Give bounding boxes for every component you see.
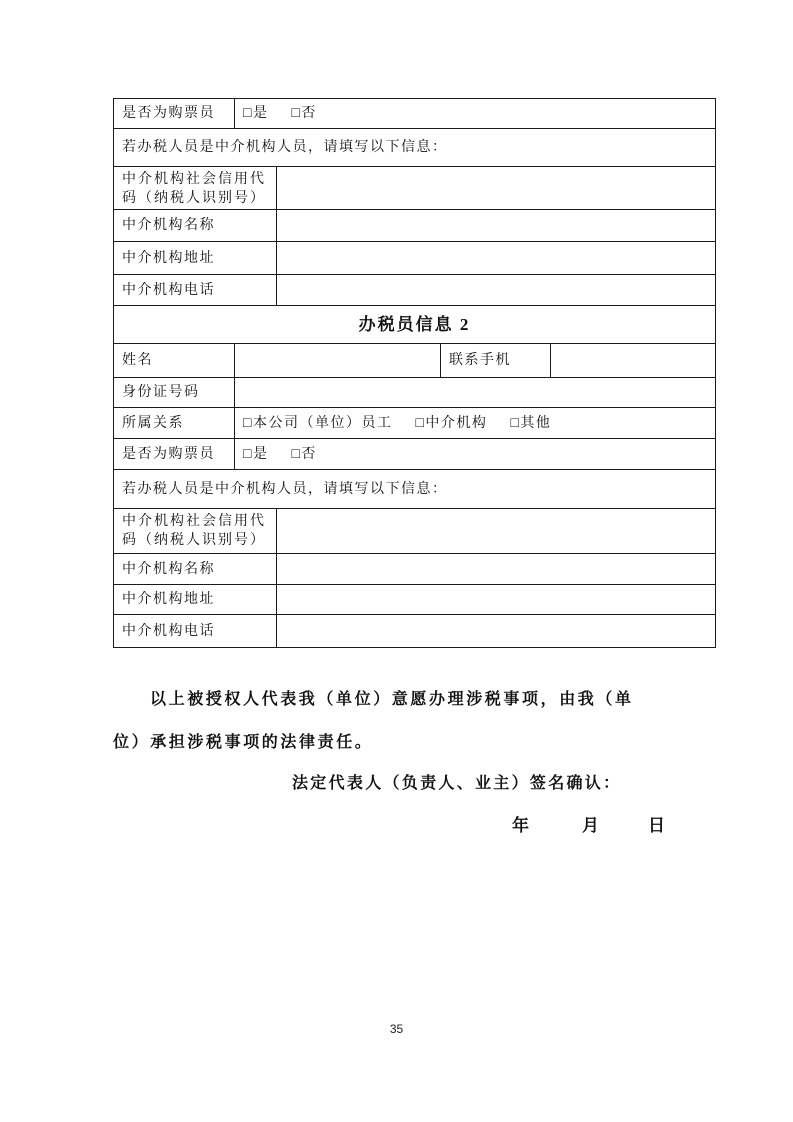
- field-org-name-1[interactable]: [277, 210, 715, 241]
- day-label: 日: [648, 816, 665, 835]
- table-row-intermediary-note-1: 若办税人员是中介机构人员，请填写以下信息：: [114, 129, 715, 167]
- table-row-section-title: 办税员信息 2: [114, 306, 715, 344]
- table-row-org-phone-1: 中介机构电话: [114, 275, 715, 306]
- label-org-address-1: 中介机构地址: [114, 242, 277, 274]
- section-title: 办税员信息 2: [114, 306, 715, 343]
- label-org-phone-2: 中介机构电话: [114, 615, 277, 647]
- ticket-purchaser-options-2: □是 □否: [235, 439, 715, 469]
- table-row-intermediary-note-2: 若办税人员是中介机构人员，请填写以下信息：: [114, 470, 715, 509]
- checkbox-yes[interactable]: □是: [243, 104, 268, 123]
- document-page: 是否为购票员 □是 □否 若办税人员是中介机构人员，请填写以下信息： 中介机构社…: [0, 0, 793, 1122]
- checkbox-yes[interactable]: □是: [243, 445, 268, 464]
- ticket-purchaser-options-1: □是 □否: [235, 99, 715, 128]
- year-label: 年: [512, 816, 529, 835]
- date-line: 年月日: [512, 811, 665, 836]
- table-row-org-address-1: 中介机构地址: [114, 242, 715, 275]
- label-org-phone-1: 中介机构电话: [114, 275, 277, 305]
- table-row-relationship: 所属关系 □本公司（单位）员工 □中介机构 □其他: [114, 408, 715, 439]
- label-credit-code-2: 中介机构社会信用代码（纳税人识别号）: [114, 509, 277, 553]
- closing-paragraph-line-2: 位）承担涉税事项的法律责任。: [113, 729, 373, 752]
- field-org-phone-1[interactable]: [277, 275, 715, 305]
- table-row-org-name-1: 中介机构名称: [114, 210, 715, 242]
- table-row-ticket-purchaser-1: 是否为购票员 □是 □否: [114, 99, 715, 129]
- checkbox-no[interactable]: □否: [291, 445, 316, 464]
- field-credit-code-2[interactable]: [277, 509, 715, 553]
- table-row-name: 姓名 联系手机: [114, 344, 715, 378]
- month-label: 月: [582, 816, 599, 835]
- signature-confirmation-line: 法定代表人（负责人、业主）签名确认：: [292, 770, 621, 793]
- table-row-credit-code-1: 中介机构社会信用代码（纳税人识别号）: [114, 167, 715, 210]
- table-row-org-name-2: 中介机构名称: [114, 554, 715, 585]
- label-ticket-purchaser-1: 是否为购票员: [114, 99, 235, 128]
- field-mobile[interactable]: [551, 344, 715, 377]
- label-relationship: 所属关系: [114, 408, 235, 438]
- table-row-org-phone-2: 中介机构电话: [114, 615, 715, 647]
- label-mobile: 联系手机: [441, 344, 551, 377]
- field-org-phone-2[interactable]: [277, 615, 715, 647]
- checkbox-company-employee[interactable]: □本公司（单位）员工: [243, 414, 392, 433]
- page-number: 35: [0, 1022, 793, 1036]
- field-credit-code-1[interactable]: [277, 167, 715, 209]
- field-org-address-2[interactable]: [277, 585, 715, 614]
- label-ticket-purchaser-2: 是否为购票员: [114, 439, 235, 469]
- intermediary-note-1: 若办税人员是中介机构人员，请填写以下信息：: [114, 129, 715, 166]
- relationship-options: □本公司（单位）员工 □中介机构 □其他: [235, 408, 715, 438]
- table-row-credit-code-2: 中介机构社会信用代码（纳税人识别号）: [114, 509, 715, 554]
- intermediary-note-2: 若办税人员是中介机构人员，请填写以下信息：: [114, 470, 715, 508]
- field-org-name-2[interactable]: [277, 554, 715, 584]
- table-row-id-number: 身份证号码: [114, 378, 715, 408]
- label-org-address-2: 中介机构地址: [114, 585, 277, 614]
- label-id-number: 身份证号码: [114, 378, 235, 407]
- closing-paragraph-line-1: 以上被授权人代表我（单位）意愿办理涉税事项，由我（单: [150, 686, 634, 709]
- label-name: 姓名: [114, 344, 235, 377]
- label-org-name-1: 中介机构名称: [114, 210, 277, 241]
- checkbox-other[interactable]: □其他: [510, 414, 551, 433]
- checkbox-intermediary[interactable]: □中介机构: [415, 414, 487, 433]
- field-id-number[interactable]: [235, 378, 715, 407]
- label-org-name-2: 中介机构名称: [114, 554, 277, 584]
- form-table: 是否为购票员 □是 □否 若办税人员是中介机构人员，请填写以下信息： 中介机构社…: [113, 98, 716, 648]
- table-row-ticket-purchaser-2: 是否为购票员 □是 □否: [114, 439, 715, 470]
- field-name[interactable]: [235, 344, 441, 377]
- label-credit-code-1: 中介机构社会信用代码（纳税人识别号）: [114, 167, 277, 209]
- field-org-address-1[interactable]: [277, 242, 715, 274]
- checkbox-no[interactable]: □否: [291, 104, 316, 123]
- table-row-org-address-2: 中介机构地址: [114, 585, 715, 615]
